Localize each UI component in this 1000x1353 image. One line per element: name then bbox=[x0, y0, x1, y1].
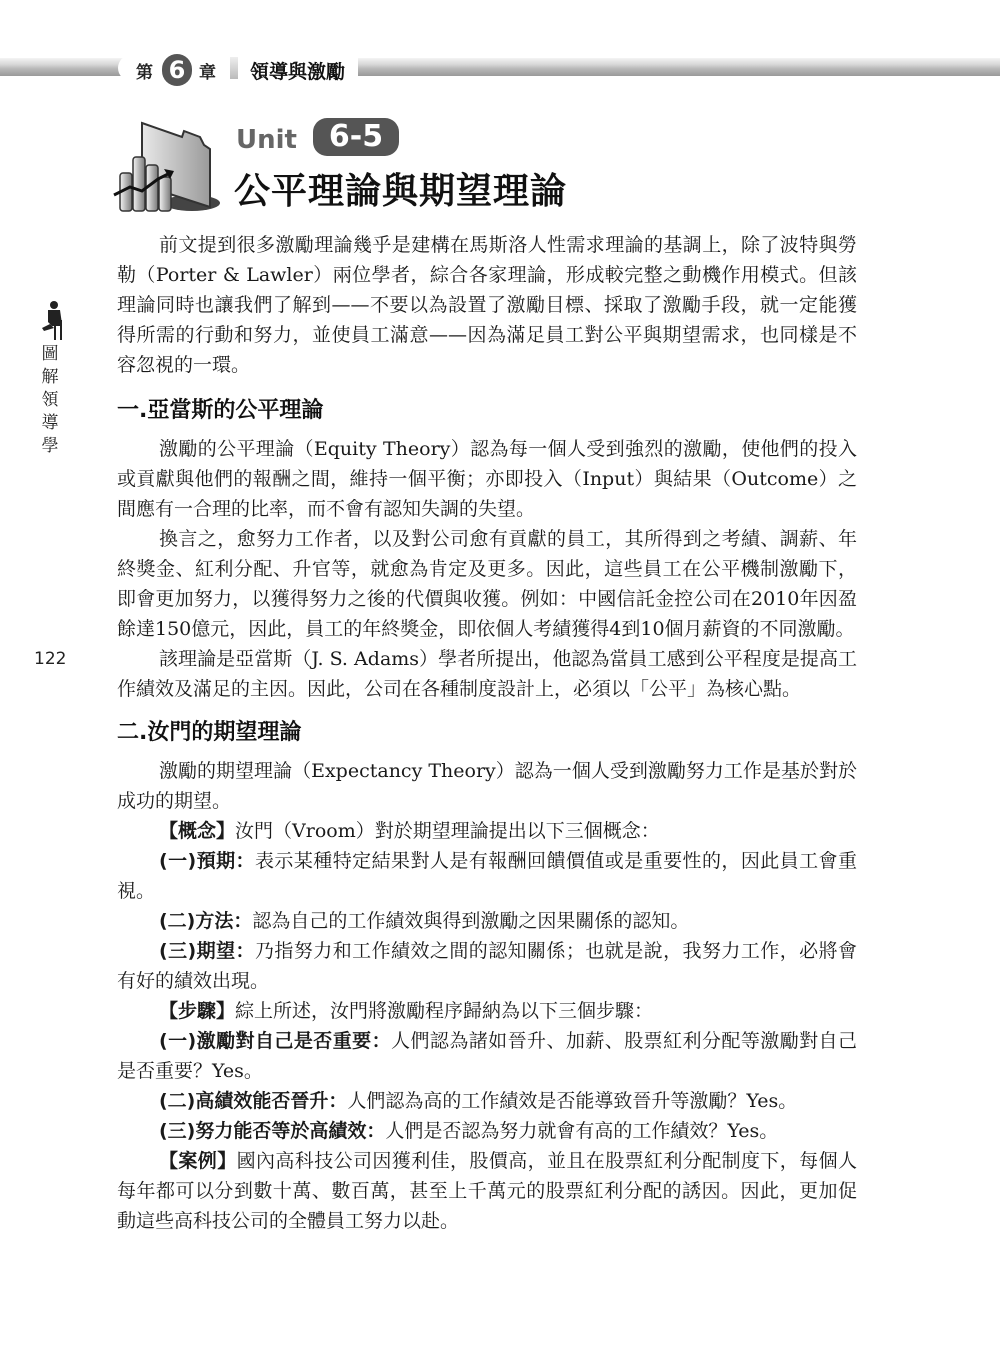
chapter-title: 領導與激勵 bbox=[250, 57, 345, 84]
section-heading: 一.亞當斯的公平理論 bbox=[117, 394, 857, 428]
book-title-char: 學 bbox=[38, 435, 62, 458]
folder-bar-chart-icon bbox=[112, 115, 227, 215]
case-label: 【案例】 bbox=[159, 1150, 237, 1172]
steps-label: 【步驟】 bbox=[159, 1000, 235, 1022]
step-item: (三)努力能否等於高績效：人們是否認為努力就會有高的工作績效？Yes。 bbox=[117, 1116, 857, 1146]
concept-paragraph: 【概念】汝門（Vroom）對於期望理論提出以下三個概念： bbox=[117, 816, 857, 846]
seated-person-icon bbox=[38, 300, 64, 340]
case-paragraph: 【案例】國內高科技公司因獲利佳，股價高，並且在股票紅利分配制度下，每個人每年都可… bbox=[117, 1146, 857, 1236]
book-title-char: 導 bbox=[38, 412, 62, 435]
step-item: (二)高績效能否晉升：人們認為高的工作績效是否能導致晉升等激勵？Yes。 bbox=[117, 1086, 857, 1116]
book-title-vertical: 圖 解 領 導 學 bbox=[38, 343, 62, 458]
concept-item: (三)期望：乃指努力和工作績效之間的認知關係；也就是說，我努力工作，必將會有好的… bbox=[117, 936, 857, 996]
section-heading: 二.汝門的期望理論 bbox=[117, 716, 857, 750]
unit-label: Unit bbox=[236, 125, 297, 155]
paragraph: 換言之，愈努力工作者，以及對公司愈有貢獻的員工，其所得到之考績、調薪、年終獎金、… bbox=[117, 524, 857, 644]
chapter-number-badge: 6 bbox=[162, 54, 192, 86]
chapter-suffix: 章 bbox=[199, 58, 216, 83]
chapter-prefix: 第 bbox=[136, 58, 153, 83]
book-title-char: 解 bbox=[38, 366, 62, 389]
unit-title: 公平理論與期望理論 bbox=[234, 163, 567, 214]
page-body: 前文提到很多激勵理論幾乎是建構在馬斯洛人性需求理論的基調上，除了波特與勞勒（Po… bbox=[117, 230, 857, 1236]
unit-number-badge: 6-5 bbox=[313, 118, 399, 156]
concept-item: (一)預期：表示某種特定結果對人是有報酬回饋價值或是重要性的，因此員工會重視。 bbox=[117, 846, 857, 906]
concept-item: (二)方法：認為自己的工作績效與得到激勵之因果關係的認知。 bbox=[117, 906, 857, 936]
page-number: 122 bbox=[34, 649, 66, 669]
paragraph: 激勵的期望理論（Expectancy Theory）認為一個人受到激勵努力工作是… bbox=[117, 756, 857, 816]
intro-paragraph: 前文提到很多激勵理論幾乎是建構在馬斯洛人性需求理論的基調上，除了波特與勞勒（Po… bbox=[117, 230, 857, 380]
book-title-char: 圖 bbox=[38, 343, 62, 366]
paragraph: 該理論是亞當斯（J. S. Adams）學者所提出，他認為當員工感到公平程度是提… bbox=[117, 644, 857, 704]
book-title-char: 領 bbox=[38, 389, 62, 412]
step-item: (一)激勵對自己是否重要：人們認為諸如晉升、加薪、股票紅利分配等激勵對自己是否重… bbox=[117, 1026, 857, 1086]
concept-label: 【概念】 bbox=[159, 820, 235, 842]
chapter-header-divider bbox=[230, 57, 238, 79]
steps-paragraph: 【步驟】綜上所述，汝門將激勵程序歸納為以下三個步驟： bbox=[117, 996, 857, 1026]
paragraph: 激勵的公平理論（Equity Theory）認為每一個人受到強烈的激勵，使他們的… bbox=[117, 434, 857, 524]
